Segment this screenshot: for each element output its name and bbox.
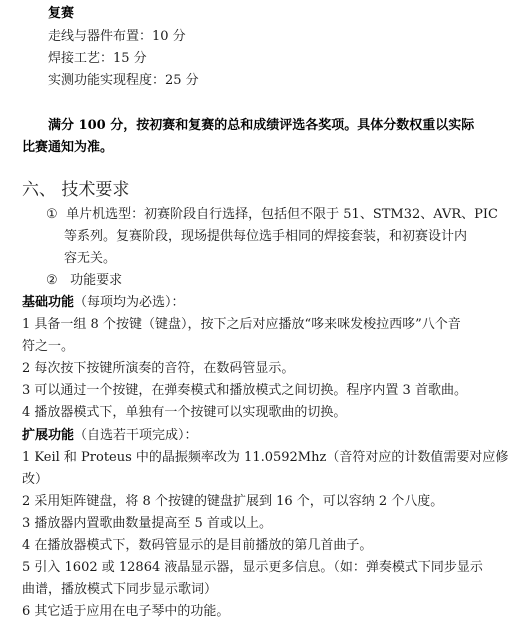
extended-item: 改） [22,472,48,488]
requirement-item-2: ② 功能要求 [46,273,122,289]
requirement-item-1: ① 单片机选型：初赛阶段自行选择，包括但不限于 51、STM32、AVR、PIC [46,207,498,223]
basic-item: 1 具备一组 8 个按键（键盘），按下之后对应播放“哆来咪发梭拉西哆”八个音 [22,317,461,333]
extended-item: 1 Keil 和 Proteus 中的晶振频率改为 11.0592Mhz（音符对… [22,450,508,466]
basic-item: 3 可以通过一个按键，在弹奏模式和播放模式之间切换。程序内置 3 首歌曲。 [22,383,467,399]
extended-item: 5 引入 1602 或 12864 液晶显示器，显示更多信息。（如：弹奏模式下同… [22,560,483,576]
summary-line: 满分 100 分，按初赛和复赛的总和成绩评选各奖项。具体分数权重以实际 [48,118,474,134]
basic-item: 4 播放器模式下，单独有一个按键可以实现歌曲的切换。 [22,405,346,421]
circled-number-1: ① [46,207,62,223]
fusai-item: 实测功能实现程度：25 分 [48,73,199,89]
extended-item: 6 其它适于应用在电子琴中的功能。 [22,604,229,620]
basic-item: 2 每次按下按键所演奏的音符，在数码管显示。 [22,361,294,377]
fusai-item: 走线与器件布置：10 分 [48,29,186,45]
basic-item: 符之一。 [22,339,74,355]
fusai-item: 焊接工艺：15 分 [48,51,147,67]
extended-item: 4 在播放器模式下，数码管显示的是目前播放的第几首曲子。 [22,538,372,554]
extended-item: 3 播放器内置歌曲数量提高至 5 首或以上。 [22,516,272,532]
circled-number-2: ② [46,273,62,289]
summary-line: 比赛通知为准。 [22,140,113,156]
fusai-title: 复赛 [48,6,74,22]
requirement-item-1-cont: 等系列。复赛阶段，现场提供每位选手相同的焊接套装，和初赛设计内 [64,229,467,245]
extended-item: 曲谱，播放模式下同步显示歌词） [22,582,217,598]
basic-heading: 基础功能（每项均为必选）： [22,295,185,311]
extended-heading: 扩展功能（自选若干项完成）： [22,428,198,444]
requirement-item-1-cont: 容无关。 [64,251,116,267]
extended-item: 2 采用矩阵键盘，将 8 个按键的键盘扩展到 16 个，可以容纳 2 个八度。 [22,494,443,510]
section-heading: 六、 技术要求 [22,180,129,200]
